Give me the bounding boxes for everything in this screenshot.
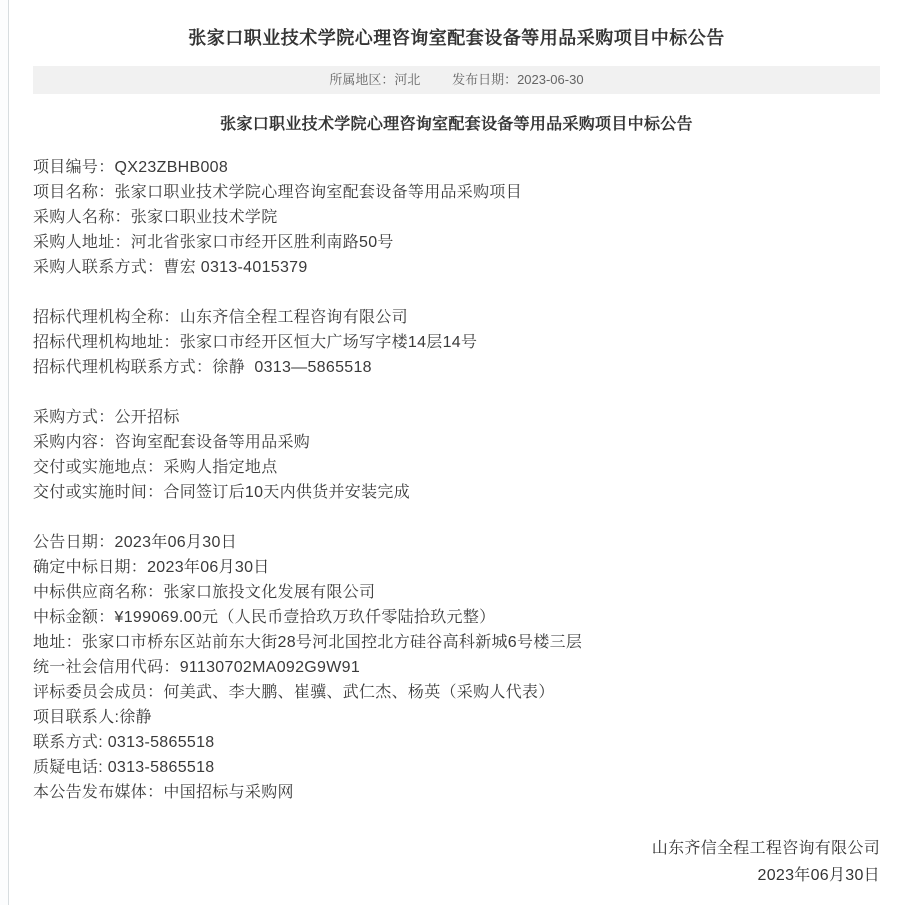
signature-company: 山东齐信全程工程咨询有限公司 xyxy=(9,835,880,862)
announcement-line-purchaser-address: 采购人地址：河北省张家口市经开区胜利南路50号 xyxy=(33,230,880,255)
announcement-line-credit-code: 统一社会信用代码：91130702MA092G9W91 xyxy=(33,655,880,680)
page-viewport: 张家口职业技术学院心理咨询室配套设备等用品采购项目中标公告 所属地区：河北 发布… xyxy=(0,0,904,905)
region-label: 所属地区：河北 xyxy=(329,66,420,94)
announcement-line-contact-phone: 联系方式: 0313-5865518 xyxy=(33,730,880,755)
announcement-line-delivery-time: 交付或实施时间：合同签订后10天内供货并安装完成 xyxy=(33,480,880,505)
meta-bar: 所属地区：河北 发布日期：2023-06-30 xyxy=(33,66,880,94)
announcement-line-announce-date: 公告日期：2023年06月30日 xyxy=(33,530,880,555)
announcement-body: 张家口职业技术学院心理咨询室配套设备等用品采购项目中标公告 项目编号：QX23Z… xyxy=(9,115,904,805)
announcement-line-inquiry-phone: 质疑电话: 0313-5865518 xyxy=(33,755,880,780)
announcement-line-purchaser-name: 采购人名称：张家口职业技术学院 xyxy=(33,205,880,230)
announcement-line-award-date: 确定中标日期：2023年06月30日 xyxy=(33,555,880,580)
announcement-line-purchaser-contact: 采购人联系方式：曹宏 0313-4015379 xyxy=(33,255,880,280)
announcement-line-winning-supplier: 中标供应商名称：张家口旅投文化发展有限公司 xyxy=(33,580,880,605)
announcement-line-project-name: 项目名称：张家口职业技术学院心理咨询室配套设备等用品采购项目 xyxy=(33,180,880,205)
announcement-line-evaluation-committee: 评标委员会成员：何美武、李大鹏、崔骥、武仁杰、杨英（采购人代表） xyxy=(33,680,880,705)
blank-line xyxy=(33,505,880,530)
announcement-line-procurement-content: 采购内容：咨询室配套设备等用品采购 xyxy=(33,430,880,455)
announcement-line-procurement-method: 采购方式：公开招标 xyxy=(33,405,880,430)
announcement-line-publish-media: 本公告发布媒体：中国招标与采购网 xyxy=(33,780,880,805)
blank-line xyxy=(33,280,880,305)
announcement-line-supplier-address: 地址：张家口市桥东区站前东大街28号河北国控北方硅谷高科新城6号楼三层 xyxy=(33,630,880,655)
announcement-line-winning-amount: 中标金额：¥199069.00元（人民币壹拾玖万玖仟零陆拾玖元整） xyxy=(33,605,880,630)
announcement-line-delivery-place: 交付或实施地点：采购人指定地点 xyxy=(33,455,880,480)
signature-date: 2023年06月30日 xyxy=(9,862,880,889)
page-title: 张家口职业技术学院心理咨询室配套设备等用品采购项目中标公告 xyxy=(9,27,904,49)
announcement-line-project-contact: 项目联系人:徐静 xyxy=(33,705,880,730)
announcement-line-agency-name: 招标代理机构全称：山东齐信全程工程咨询有限公司 xyxy=(33,305,880,330)
announcement-title: 张家口职业技术学院心理咨询室配套设备等用品采购项目中标公告 xyxy=(33,115,880,135)
publish-date-label: 发布日期：2023-06-30 xyxy=(452,66,584,94)
announcement-line-project-number: 项目编号：QX23ZBHB008 xyxy=(33,155,880,180)
signature-block: 山东齐信全程工程咨询有限公司 2023年06月30日 xyxy=(9,835,904,889)
announcement-line-agency-address: 招标代理机构地址：张家口市经开区恒大广场写字楼14层14号 xyxy=(33,330,880,355)
blank-line xyxy=(33,380,880,405)
announcement-page: 张家口职业技术学院心理咨询室配套设备等用品采购项目中标公告 所属地区：河北 发布… xyxy=(8,0,904,905)
announcement-line-agency-contact: 招标代理机构联系方式：徐静 0313—5865518 xyxy=(33,355,880,380)
